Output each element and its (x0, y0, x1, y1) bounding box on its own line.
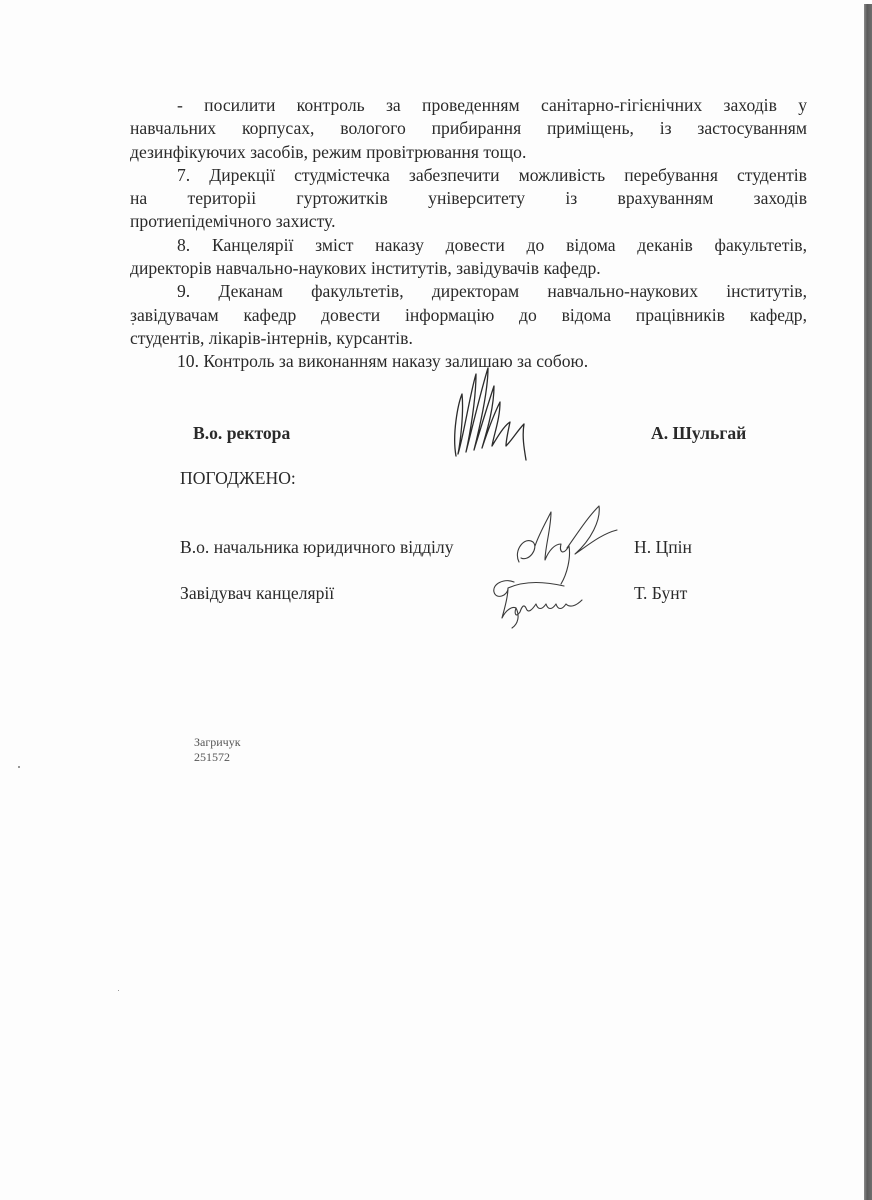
executor-name: Загричук (194, 735, 241, 750)
text-line: 7. Дирекції студмістечка забезпечити мож… (130, 164, 807, 187)
text-line: 8. Канцелярії зміст наказу довести до ві… (130, 234, 807, 257)
signatory-name: А. Шульгай (651, 423, 746, 444)
text-line: студентів, лікарів-інтернів, курсантів. (130, 327, 807, 350)
document-body: - посилити контроль за проведенням саніт… (130, 94, 807, 374)
scan-speck (118, 990, 119, 991)
paragraph-sanitary-measures: - посилити контроль за проведенням саніт… (130, 94, 807, 164)
scan-speck (18, 766, 20, 768)
text-line: навчальних корпусах, вологого прибирання… (130, 117, 807, 140)
approval-position-legal: В.о. начальника юридичного відділу (180, 537, 454, 558)
approval-position-office: Завідувач канцелярії (180, 583, 334, 604)
paragraph-item-8: 8. Канцелярії зміст наказу довести до ві… (130, 234, 807, 281)
office-head-signature-icon (486, 570, 596, 630)
text-line: протиепідемічного захисту. (130, 210, 807, 233)
signatory-title: В.о. ректора (193, 423, 290, 444)
approval-heading: ПОГОДЖЕНО: (180, 468, 296, 489)
scan-edge-shadow (864, 4, 872, 1200)
scan-speck (132, 323, 134, 325)
text-line: директорів навчально-наукових інститутів… (130, 257, 807, 280)
paragraph-item-9: 9. Деканам факультетів, директорам навча… (130, 280, 807, 350)
text-line: - посилити контроль за проведенням саніт… (130, 94, 807, 117)
text-line: 9. Деканам факультетів, директорам навча… (130, 280, 807, 303)
paragraph-item-7: 7. Дирекції студмістечка забезпечити мож… (130, 164, 807, 234)
text-line: дезинфікуючих засобів, режим провітрюван… (130, 141, 807, 164)
approval-name-legal: Н. Цпін (634, 537, 692, 558)
executor-phone: 251572 (194, 750, 230, 765)
approval-name-office: Т. Бунт (634, 583, 687, 604)
text-line: на територіі гуртожитків університету із… (130, 187, 807, 210)
text-line: завідувачам кафедр довести інформацію до… (130, 304, 807, 327)
rector-signature-icon (448, 364, 548, 464)
